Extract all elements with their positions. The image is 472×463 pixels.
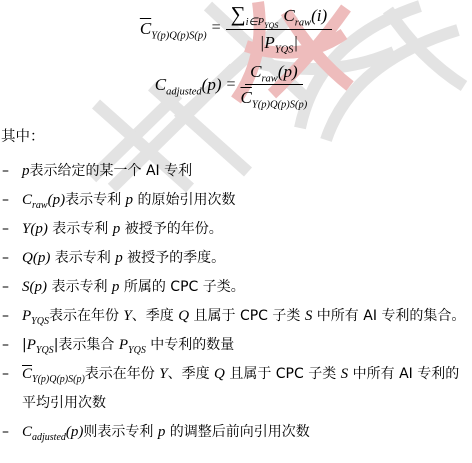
- formula2-denominator: CY(p)Q(p)S(p): [241, 85, 308, 107]
- cadjusted-argument: (p): [202, 75, 222, 94]
- formula-adjusted-citations: Cadjusted(p) = Craw(p) CY(p)Q(p)S(p): [0, 62, 472, 107]
- math-segment: raw: [32, 200, 48, 211]
- formula2-lhs: Cadjusted(p): [155, 76, 222, 93]
- sigma-symbol: ∑: [231, 2, 246, 26]
- where-label: 其中：: [1, 125, 45, 146]
- craw-subscript: raw: [295, 17, 311, 28]
- text-segment: 被授予的年份。: [120, 221, 222, 237]
- math-segment: (p): [66, 424, 84, 440]
- list-item-text: Y(p) 表示专利 p 被授予的年份。: [22, 215, 472, 244]
- list-item: –CY(p)Q(p)S(p)表示在年份 Y、季度 Q 且属于 CPC 子类 S …: [2, 360, 472, 418]
- text-segment: 的原始引用次数: [133, 192, 235, 208]
- craw-subscript: raw: [261, 73, 277, 84]
- text-segment: 被授予的季度。: [123, 250, 225, 266]
- math-segment: P: [22, 308, 31, 324]
- text-segment: 则表示专利: [83, 424, 157, 440]
- cardinality-open: |P: [260, 33, 275, 52]
- math-segment: Y: [159, 366, 167, 382]
- bullet-marker: –: [2, 186, 22, 215]
- sigma-subscript: i∈PYQS: [246, 17, 279, 28]
- text-segment: 表示专利: [50, 250, 115, 266]
- math-segment: Q: [214, 366, 225, 382]
- text-segment: 、季度: [132, 308, 178, 324]
- sigma-subsubscript: YQS: [264, 21, 278, 30]
- math-segment: Y(p)Q(p)S(p): [32, 374, 85, 385]
- bullet-marker: –: [2, 331, 22, 360]
- set-cardinality: |PYQS|: [260, 33, 298, 52]
- math-segment: Y(p): [22, 221, 48, 237]
- math-segment: YQS: [31, 316, 49, 327]
- formula1-fraction: ∑i∈PYQS Craw(i) |PYQS|: [226, 4, 333, 52]
- list-item: –PYQS表示在年份 Y、季度 Q 且属于 CPC 子类 S 中所有 AI 专利…: [2, 302, 472, 331]
- bullet-marker: –: [2, 418, 22, 447]
- text-segment: 的调整后前向引用次数: [165, 424, 309, 440]
- text-segment: 、季度: [168, 366, 214, 382]
- math-segment: p: [115, 250, 123, 266]
- bullet-marker: –: [2, 244, 22, 273]
- craw-base: C: [283, 6, 294, 25]
- sigma-subscript-text: i∈P: [246, 17, 264, 28]
- math-segment: C: [22, 192, 32, 208]
- bullet-marker: –: [2, 302, 22, 331]
- math-segment: P: [27, 337, 36, 353]
- math-segment: YQS: [128, 345, 146, 356]
- formula2-fraction: Craw(p) CY(p)Q(p)S(p): [241, 62, 308, 107]
- math-segment: C: [22, 366, 32, 382]
- math-segment: adjusted: [32, 432, 66, 443]
- math-segment: C: [22, 424, 32, 440]
- list-item-text: S(p) 表示专利 p 所属的 CPC 子类。: [22, 273, 472, 302]
- math-segment: Q(p): [22, 250, 50, 266]
- math-segment: YQS: [36, 345, 54, 356]
- math-segment: Y: [123, 308, 131, 324]
- cbar-symbol: C: [241, 88, 252, 107]
- text-segment: 中所有 AI 专利的集合。: [312, 308, 465, 324]
- cbar-subscript: Y(p)Q(p)S(p): [252, 99, 307, 110]
- bullet-marker: –: [2, 157, 22, 186]
- craw-argument: (i): [311, 6, 327, 25]
- text-segment: 中专利的数量: [146, 337, 234, 353]
- formula1-lhs: CY(p)Q(p)S(p): [140, 20, 207, 37]
- formula2-numerator: Craw(p): [245, 62, 303, 85]
- pyqs-subscript: YQS: [275, 45, 294, 56]
- math-segment: (p): [48, 192, 66, 208]
- cbar-symbol: C: [140, 19, 151, 38]
- text-segment: 且属于 CPC 子类: [225, 366, 341, 382]
- formula-average-citations: CY(p)Q(p)S(p) = ∑i∈PYQS Craw(i) |PYQS|: [0, 4, 472, 52]
- text-segment: 表示专利: [47, 279, 112, 295]
- cbar-subscript: Y(p)Q(p)S(p): [151, 30, 206, 41]
- text-segment: 表示给定的某一个 AI 专利: [30, 163, 193, 179]
- list-item-text: Craw(p)表示专利 p 的原始引用次数: [22, 186, 472, 215]
- text-segment: |表示集合: [54, 337, 119, 353]
- list-item-text: CY(p)Q(p)S(p)表示在年份 Y、季度 Q 且属于 CPC 子类 S 中…: [22, 360, 472, 418]
- formula1-denominator: |PYQS|: [260, 30, 298, 52]
- list-item: –S(p) 表示专利 p 所属的 CPC 子类。: [2, 273, 472, 302]
- list-item-text: p表示给定的某一个 AI 专利: [22, 157, 472, 186]
- math-segment: Q: [178, 308, 189, 324]
- math-segment: p: [22, 163, 30, 179]
- cardinality-close: |: [293, 33, 298, 52]
- text-segment: 所属的 CPC 子类。: [119, 279, 244, 295]
- list-item: –Q(p) 表示专利 p 被授予的季度。: [2, 244, 472, 273]
- formula1-numerator: ∑i∈PYQS Craw(i): [226, 4, 333, 30]
- bullet-marker: –: [2, 360, 22, 418]
- bullet-marker: –: [2, 273, 22, 302]
- craw-base: C: [250, 62, 261, 81]
- math-segment: S(p): [22, 279, 47, 295]
- list-item-text: Q(p) 表示专利 p 被授予的季度。: [22, 244, 472, 273]
- text-segment: 表示专利: [48, 221, 113, 237]
- list-item: –|PYQS|表示集合 PYQS 中专利的数量: [2, 331, 472, 360]
- document-page: CY(p)Q(p)S(p) = ∑i∈PYQS Craw(i) |PYQS| C…: [0, 0, 472, 463]
- definition-list: –p表示给定的某一个 AI 专利–Craw(p)表示专利 p 的原始引用次数–Y…: [2, 157, 472, 447]
- cadjusted-subscript: adjusted: [166, 86, 202, 97]
- math-segment: p: [126, 192, 134, 208]
- equals-sign: =: [212, 20, 221, 36]
- text-segment: 且属于 CPC 子类: [189, 308, 305, 324]
- list-item: –p表示给定的某一个 AI 专利: [2, 157, 472, 186]
- cadjusted-base: C: [155, 75, 166, 94]
- bullet-marker: –: [2, 215, 22, 244]
- cbar-term: CY(p)Q(p)S(p): [241, 88, 308, 107]
- list-item: –Craw(p)表示专利 p 的原始引用次数: [2, 186, 472, 215]
- math-segment: P: [119, 337, 128, 353]
- text-segment: 表示专利: [65, 192, 125, 208]
- list-item-text: Cadjusted(p)则表示专利 p 的调整后前向引用次数: [22, 418, 472, 447]
- list-item: –Y(p) 表示专利 p 被授予的年份。: [2, 215, 472, 244]
- text-segment: 表示在年份: [49, 308, 123, 324]
- text-segment: 表示在年份: [85, 366, 159, 382]
- craw-term: Craw(i): [283, 6, 327, 25]
- list-item: –Cadjusted(p)则表示专利 p 的调整后前向引用次数: [2, 418, 472, 447]
- list-item-text: PYQS表示在年份 Y、季度 Q 且属于 CPC 子类 S 中所有 AI 专利的…: [22, 302, 472, 331]
- equals-sign: =: [226, 77, 235, 93]
- craw-term: Craw(p): [250, 62, 298, 81]
- list-item-text: |PYQS|表示集合 PYQS 中专利的数量: [22, 331, 472, 360]
- craw-argument: (p): [278, 62, 298, 81]
